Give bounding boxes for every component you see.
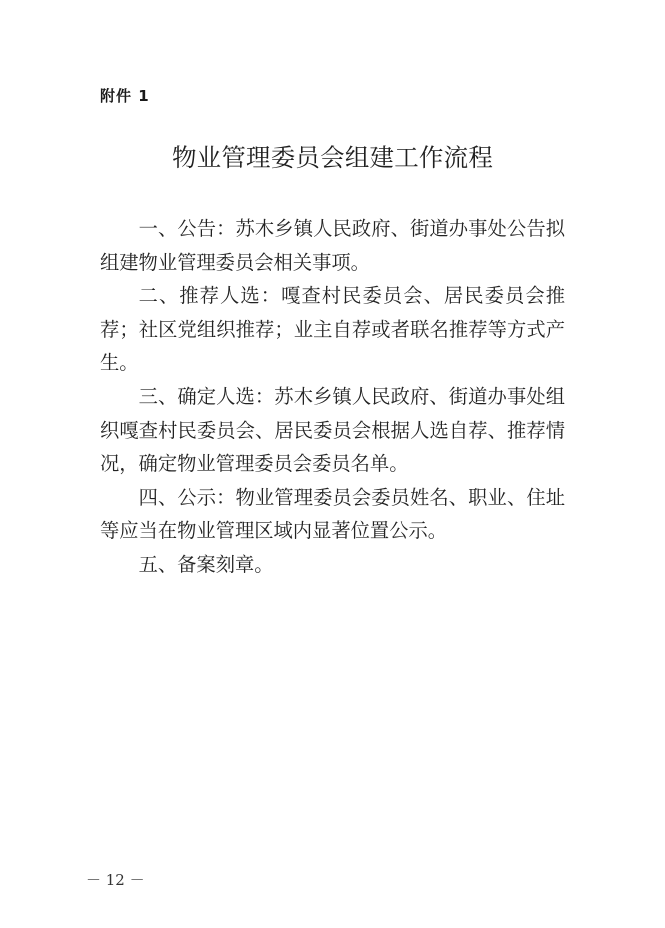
page-number: － 12 － [86, 870, 145, 890]
attachment-label: 附件 1 [100, 86, 150, 106]
paragraph-recommend-candidates: 二、推荐人选：嘎查村民委员会、居民委员会推荐；社区党组织推荐；业主自荐或者联名推… [100, 279, 565, 380]
paragraph-confirm-candidates: 三、确定人选：苏木乡镇人民政府、街道办事处组织嘎查村民委员会、居民委员会根据人选… [100, 380, 565, 481]
document-body: 一、公告：苏木乡镇人民政府、街道办事处公告拟组建物业管理委员会相关事项。 二、推… [100, 212, 565, 582]
paragraph-filing-seal: 五、备案刻章。 [100, 548, 565, 582]
paragraph-publicity: 四、公示：物业管理委员会委员姓名、职业、住址等应当在物业管理区域内显著位置公示。 [100, 481, 565, 548]
paragraph-announcement: 一、公告：苏木乡镇人民政府、街道办事处公告拟组建物业管理委员会相关事项。 [100, 212, 565, 279]
document-title: 物业管理委员会组建工作流程 [100, 142, 565, 174]
document-page: 附件 1 物业管理委员会组建工作流程 一、公告：苏木乡镇人民政府、街道办事处公告… [0, 0, 665, 928]
